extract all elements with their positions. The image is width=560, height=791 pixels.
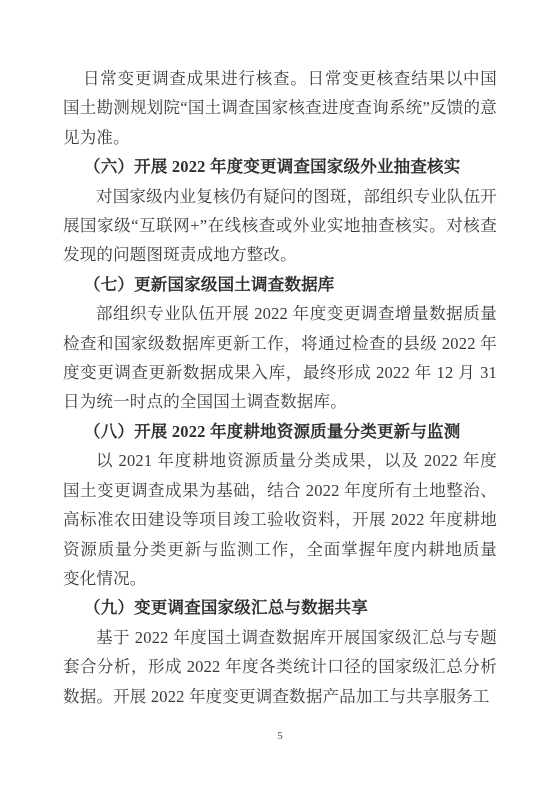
- page-number: 5: [0, 729, 560, 743]
- section-heading-eight: （八）开展 2022 年度耕地资源质量分类更新与监测: [63, 417, 497, 446]
- paragraph-section-eight: 以 2021 年度耕地资源质量分类成果，以及 2022 年度国土变更调查成果为基…: [63, 446, 497, 593]
- paragraph-section-six: 对国家级内业复核仍有疑问的图斑，部组织专业队伍开展国家级“互联网+”在线核查或外…: [63, 182, 497, 270]
- section-heading-nine: （九）变更调查国家级汇总与数据共享: [63, 593, 497, 622]
- paragraph-continuation: 日常变更调查成果进行核查。日常变更核查结果以中国国土勘测规划院“国土调查国家核查…: [63, 64, 497, 152]
- document-body: 日常变更调查成果进行核查。日常变更核查结果以中国国土勘测规划院“国土调查国家核查…: [63, 64, 497, 711]
- paragraph-section-nine: 基于 2022 年度国土调查数据库开展国家级汇总与专题套合分析，形成 2022 …: [63, 623, 497, 711]
- document-page: 日常变更调查成果进行核查。日常变更核查结果以中国国土勘测规划院“国土调查国家核查…: [0, 0, 560, 791]
- section-heading-seven: （七）更新国家级国土调查数据库: [63, 270, 497, 299]
- section-heading-six: （六）开展 2022 年度变更调查国家级外业抽查核实: [63, 152, 497, 181]
- paragraph-section-seven: 部组织专业队伍开展 2022 年度变更调查增量数据质量检查和国家级数据库更新工作…: [63, 299, 497, 417]
